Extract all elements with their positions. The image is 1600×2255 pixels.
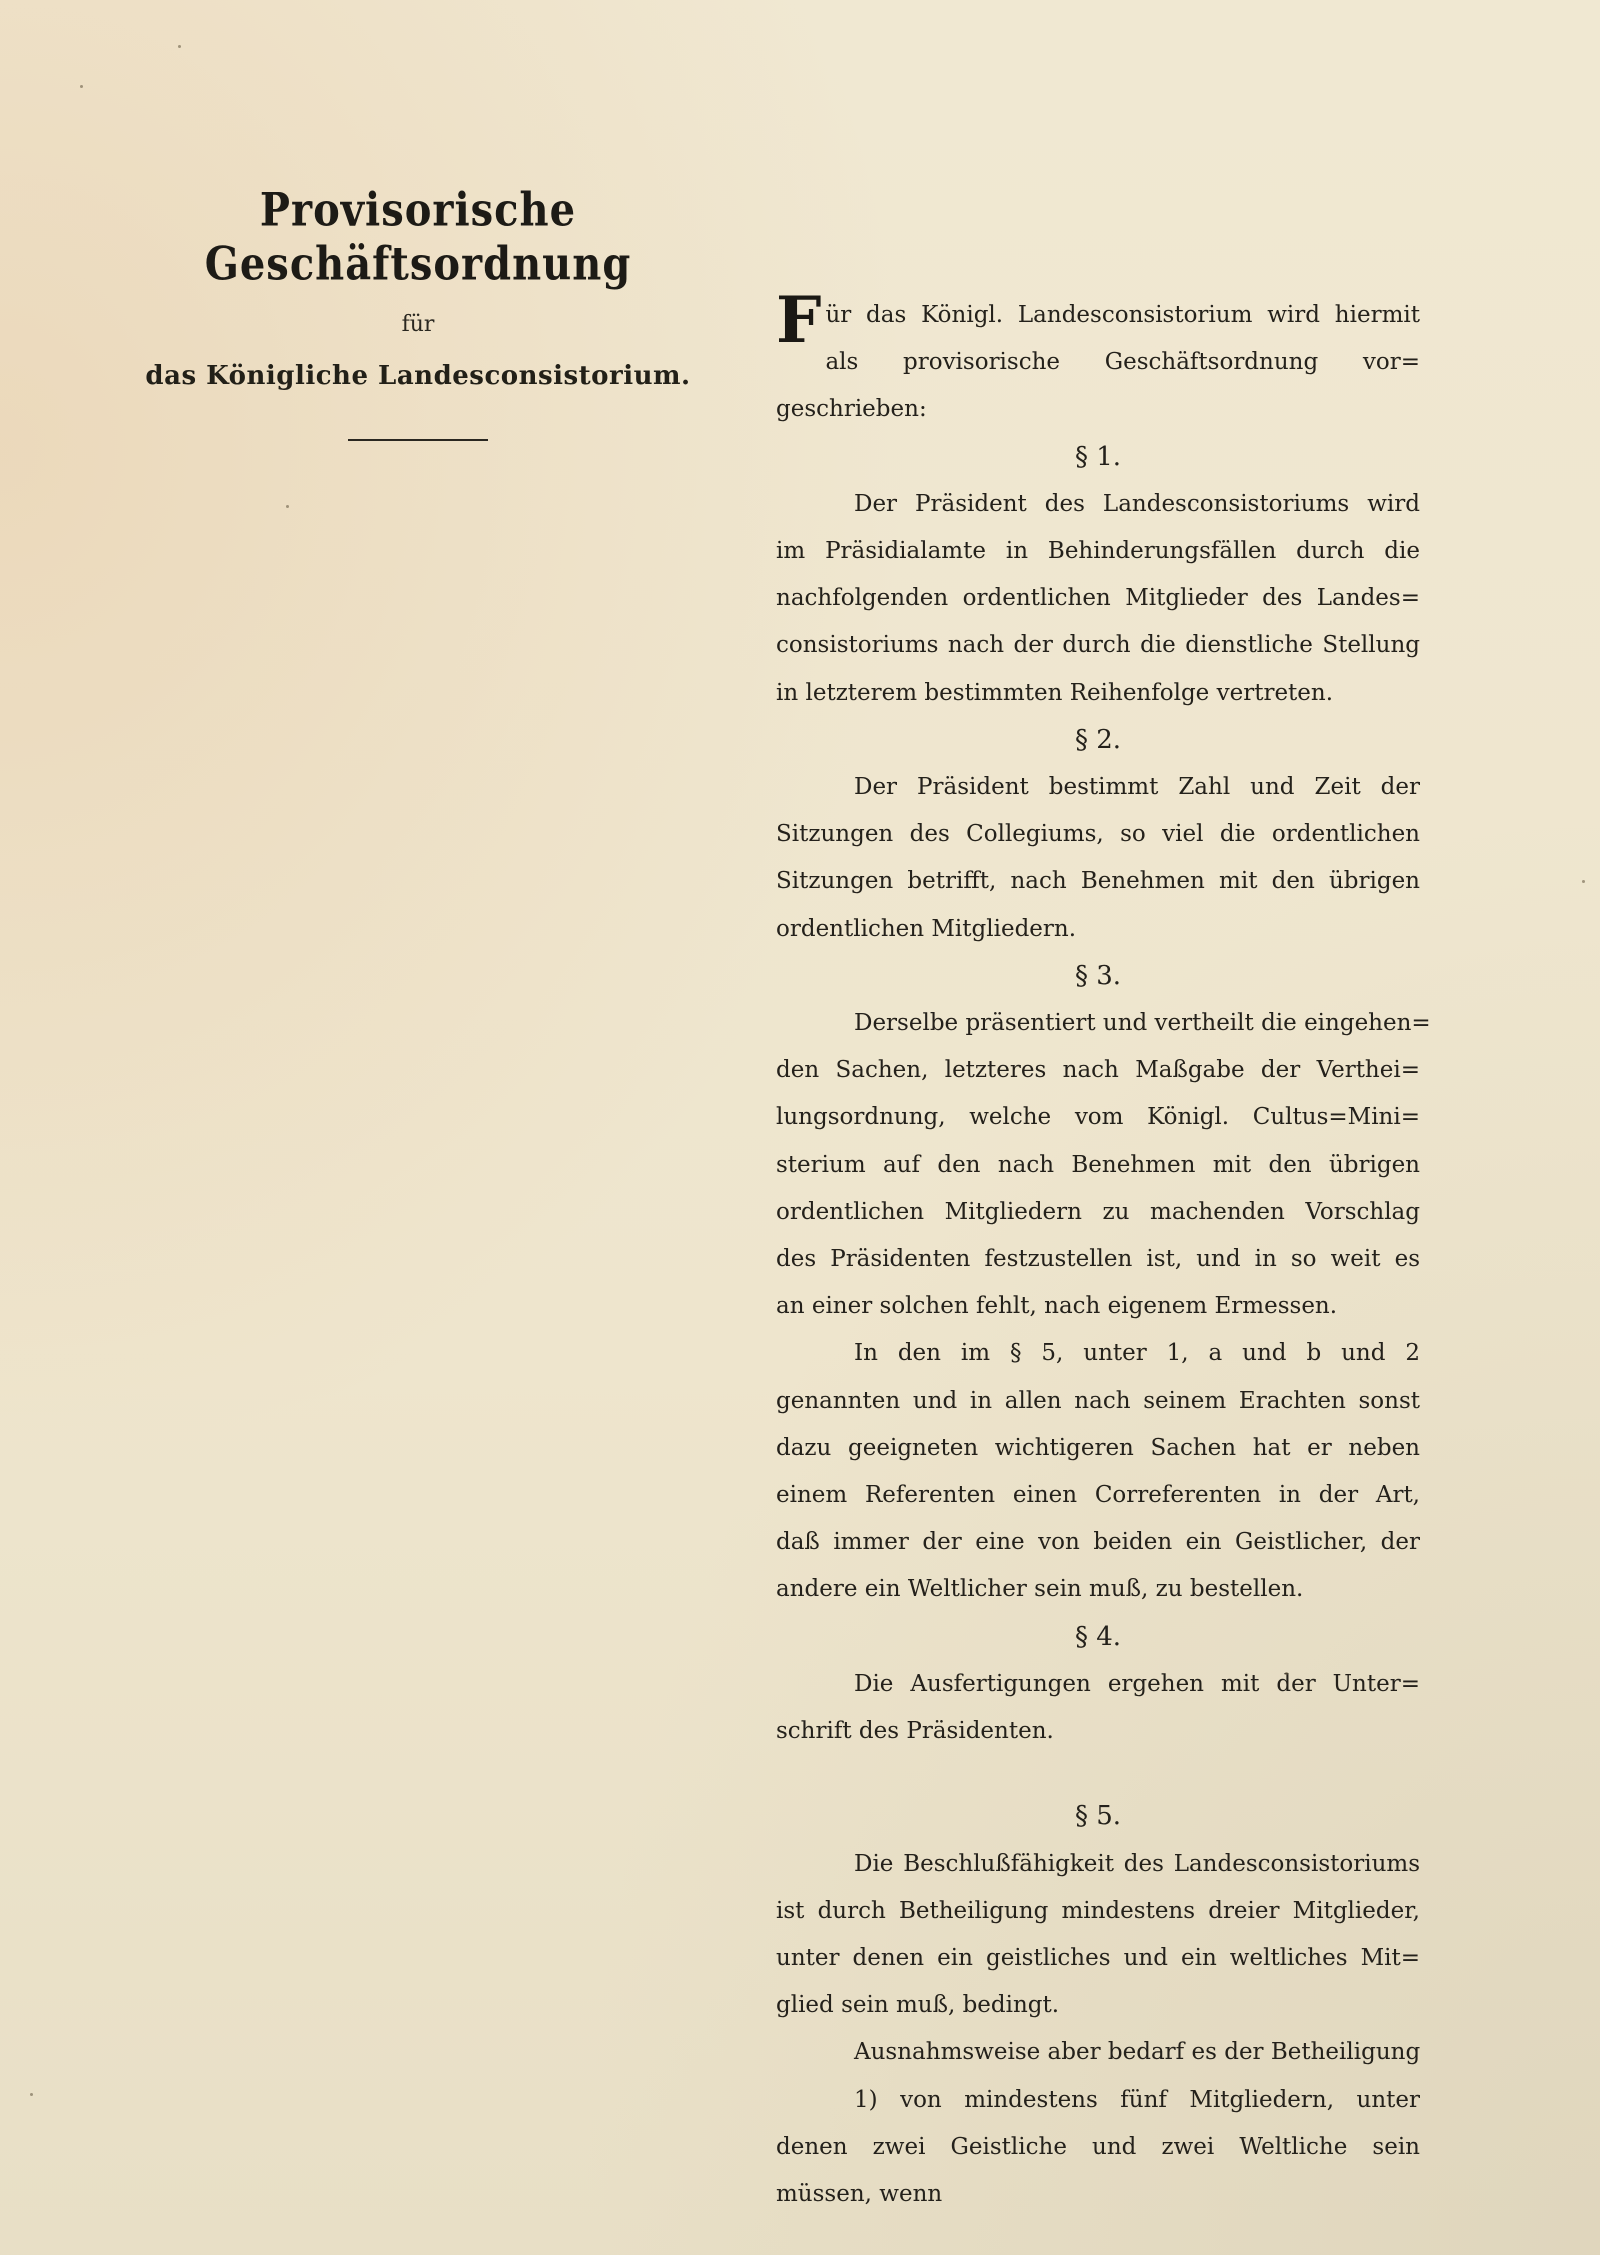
paper-speck [1582,880,1585,883]
section-heading-5: § 5. [776,1793,1420,1840]
section-heading-3: § 3. [776,953,1420,1000]
text-line: dazu geeigneten wichtigeren Sachen hat e… [776,1425,1420,1472]
section-5-item-1: 1) von mindestens fünf Mitgliedern, unte… [776,2077,1420,2219]
text-line: Der Präsident bestimmt Zahl und Zeit der [776,764,1420,811]
text-line: Der Präsident des Landesconsistoriums wi… [776,481,1420,528]
text-line: schrift des Präsidenten. [776,1708,1420,1755]
body-column: F ür das Königl. Landesconsistorium wird… [776,292,1420,2218]
text-line: daß immer der eine von beiden ein Geistl… [776,1519,1420,1566]
text-line: lungsordnung, welche vom Königl. Cultus=… [776,1094,1420,1141]
text-line: den Sachen, letzteres nach Maßgabe der V… [776,1047,1420,1094]
text-line: glied sein muß, bedingt. [776,1982,1420,2029]
title-block: Provisorische Geschäftsordnung für das K… [118,190,718,441]
intro-paragraph: F ür das Königl. Landesconsistorium wird… [776,292,1420,434]
section-heading-2: § 2. [776,717,1420,764]
text-line: müssen, wenn [776,2171,1420,2218]
text-line: geschrieben: [776,386,1420,433]
document-title: Provisorische Geschäftsordnung [118,183,718,291]
paper-speck [30,2093,33,2096]
title-preposition: für [118,312,718,337]
text-line: als provisorische Geschäftsordnung vor= [776,339,1420,386]
text-line: Die Ausfertigungen ergehen mit der Unter… [776,1661,1420,1708]
section-gap [776,1755,1420,1793]
section-4-paragraph: Die Ausfertigungen ergehen mit der Unter… [776,1661,1420,1755]
section-heading-1: § 1. [776,434,1420,481]
text-line: Sitzungen betrifft, nach Benehmen mit de… [776,858,1420,905]
section-3-paragraph-1: Derselbe präsentiert und vertheilt die e… [776,1000,1420,1330]
text-line: Die Beschlußfähigkeit des Landesconsisto… [776,1841,1420,1888]
drop-cap: F [776,292,821,350]
paper-speck [80,85,83,88]
paper-speck [178,45,181,48]
paper-speck [1285,1672,1288,1675]
text-line: an einer solchen fehlt, nach eigenem Erm… [776,1283,1420,1330]
text-line: in letzterem bestimmten Reihenfolge vert… [776,670,1420,717]
text-line: andere ein Weltlicher sein muß, zu beste… [776,1566,1420,1613]
text-line: ist durch Betheiligung mindestens dreier… [776,1888,1420,1935]
document-page: Provisorische Geschäftsordnung für das K… [0,0,1600,2255]
section-5-paragraph-2: Ausnahmsweise aber bedarf es der Betheil… [776,2029,1420,2076]
title-institution: das Königliche Landesconsistorium. [118,361,718,391]
text-line: im Präsidialamte in Behinderungsfällen d… [776,528,1420,575]
section-3-paragraph-2: In den im § 5, unter 1, a und b und 2 ge… [776,1330,1420,1613]
text-line: consistoriums nach der durch die dienstl… [776,622,1420,669]
section-5-paragraph-1: Die Beschlußfähigkeit des Landesconsisto… [776,1841,1420,2030]
text-line: nachfolgenden ordentlichen Mitglieder de… [776,575,1420,622]
text-line: genannten und in allen nach seinem Erach… [776,1378,1420,1425]
section-heading-4: § 4. [776,1614,1420,1661]
paper-speck [286,505,289,508]
text-line: ordentlichen Mitgliedern zu machenden Vo… [776,1189,1420,1236]
text-line: Derselbe präsentiert und vertheilt die e… [776,1000,1420,1047]
text-line: In den im § 5, unter 1, a und b und 2 [776,1330,1420,1377]
text-line: denen zwei Geistliche und zwei Weltliche… [776,2124,1420,2171]
text-line: Ausnahmsweise aber bedarf es der Betheil… [776,2029,1420,2076]
text-line: des Präsidenten festzustellen ist, und i… [776,1236,1420,1283]
text-line: ür das Königl. Landesconsistorium wird h… [776,292,1420,339]
section-2-paragraph: Der Präsident bestimmt Zahl und Zeit der… [776,764,1420,953]
text-line: Sitzungen des Collegiums, so viel die or… [776,811,1420,858]
text-line: unter denen ein geistliches und ein welt… [776,1935,1420,1982]
text-line: ordentlichen Mitgliedern. [776,906,1420,953]
section-1-paragraph: Der Präsident des Landesconsistoriums wi… [776,481,1420,717]
text-line: sterium auf den nach Benehmen mit den üb… [776,1142,1420,1189]
text-line: 1) von mindestens fünf Mitgliedern, unte… [776,2077,1420,2124]
text-line: einem Referenten einen Correferenten in … [776,1472,1420,1519]
title-divider [348,439,488,441]
